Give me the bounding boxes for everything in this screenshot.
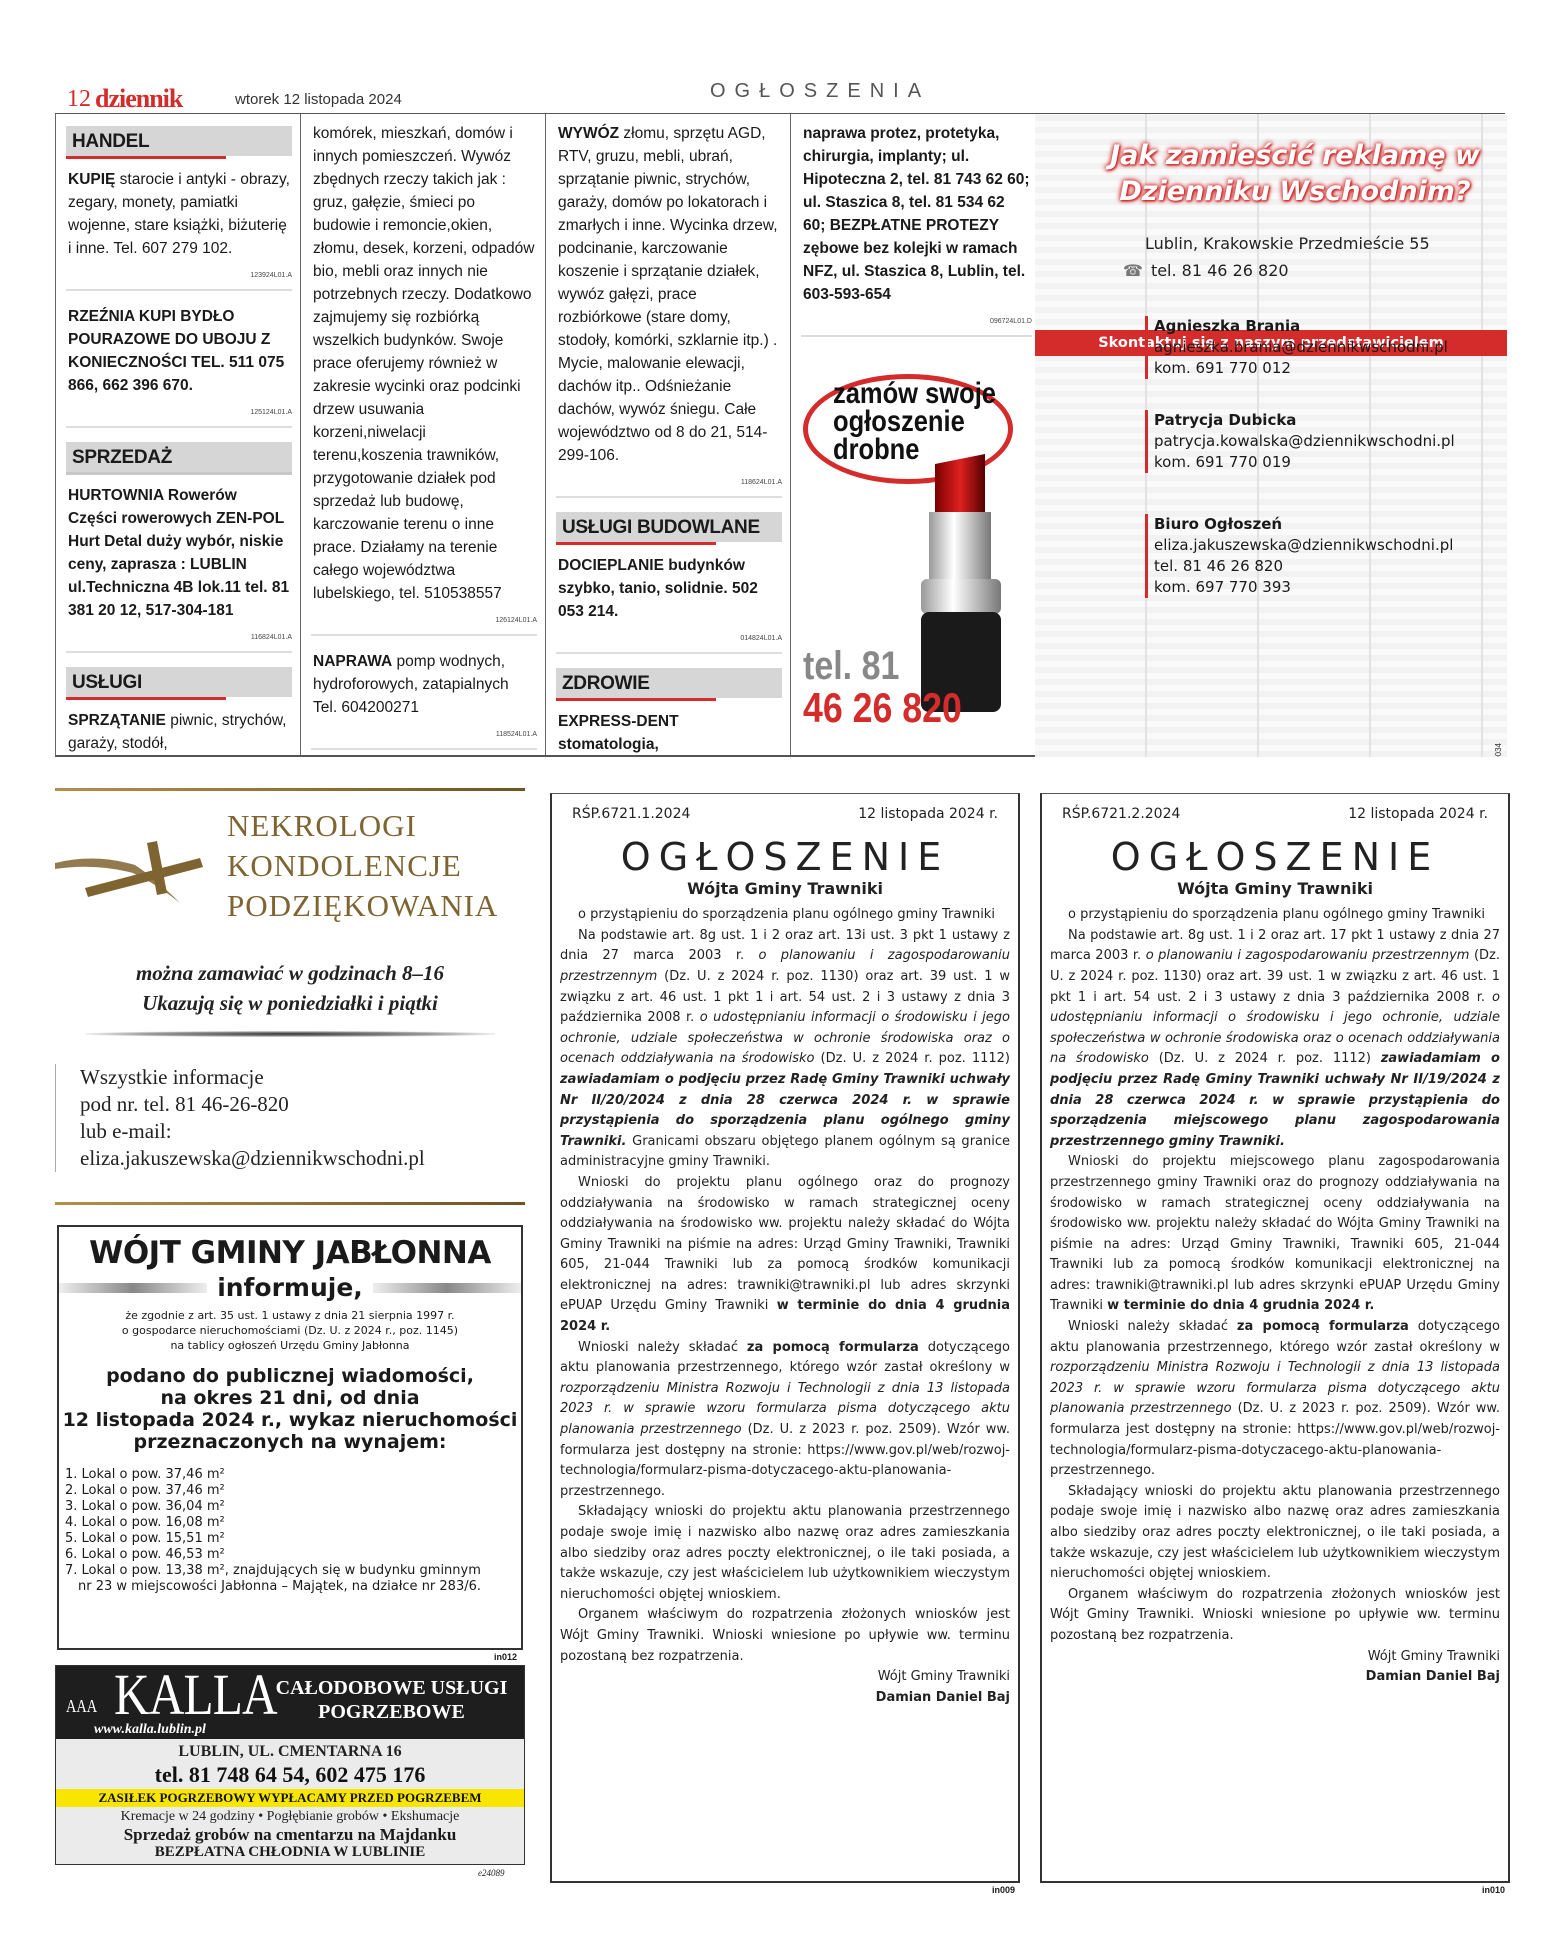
category-uslugi-budowlane: USŁUGI BUDOWLANE [556, 512, 782, 542]
announcement-date: 12 listopada 2024 r. [858, 804, 998, 825]
obituaries-box: NEKROLOGI KONDOLENCJE PODZIĘKOWANIA możn… [55, 788, 525, 1208]
ad-code: 014824L01.A [556, 627, 782, 654]
ad-code: in012 [494, 1652, 517, 1662]
contact-name: Patrycja Dubicka [1154, 410, 1455, 431]
page-number: 12 [67, 86, 91, 113]
reference-number: RŚP.6721.2.2024 [1062, 804, 1180, 825]
contact-person-2: Patrycja Dubicka patrycja.kowalska@dzien… [1145, 410, 1455, 473]
contact-email[interactable]: eliza.jakuszewska@dziennikwschodni.pl [1154, 535, 1453, 556]
classifieds-section: HANDEL KUPIĘ starocie i antyki - obrazy,… [55, 114, 1065, 757]
contact-name: Biuro Ogłoszeń [1154, 514, 1453, 535]
category-handel: HANDEL [66, 126, 292, 156]
category-uslugi: USŁUGI [66, 667, 292, 697]
divider [55, 788, 525, 791]
ad-code: 118624L01.A [556, 471, 782, 498]
newspaper-logo: dziennik [95, 84, 182, 114]
notice-announcement: podano do publicznej wiadomości, na okre… [59, 1365, 521, 1453]
paragraph: Wnioski należy składać za pomocą formula… [1050, 1317, 1500, 1482]
paragraph: Wnioski do projektu miejscowego planu za… [1050, 1152, 1500, 1317]
classified-ad: WYWÓZ złomu, sprzętu AGD, RTV, gruzu, me… [556, 122, 782, 467]
ad-text: złomu, sprzętu AGD, RTV, gruzu, mebli, u… [558, 125, 778, 464]
ad-lead: NAPRAWA [313, 653, 392, 670]
classified-ad-continued: naprawa protez, protetyka, chirurgia, im… [801, 122, 1032, 306]
heading-podziekowania: PODZIĘKOWANIA [227, 886, 498, 926]
obituaries-contact-info: Wszystkie informacje pod nr. tel. 81 46-… [55, 1064, 425, 1172]
heading-nekrologi: NEKROLOGI [227, 806, 498, 846]
ad-code: biO034 [1494, 743, 1503, 757]
paragraph: o przystąpieniu do sporządzenia planu og… [1050, 905, 1500, 926]
contact-email[interactable]: agnieszka.brania@dziennikwschodni.pl [1154, 337, 1448, 358]
obituaries-email[interactable]: eliza.jakuszewska@dziennikwschodni.pl [80, 1145, 425, 1172]
list-item: 6. Lokal o pow. 46,53 m² [65, 1547, 521, 1563]
contact-person-1: Agnieszka Brania agnieszka.brania@dzienn… [1145, 316, 1448, 379]
lipstick-icon [913, 454, 1013, 714]
kalla-cold-storage: BEZPŁATNA CHŁODNIA W LUBLINIE [56, 1844, 524, 1861]
ad-lead: WYWÓZ [558, 125, 619, 142]
classified-ad: HURTOWNIA Rowerów Części rowerowych ZEN-… [66, 484, 292, 622]
announcement-title: OGŁOSZENIE [560, 835, 1010, 879]
ad-code: e24089 [478, 1868, 505, 1878]
ad-code: 123924L01.A [66, 264, 292, 291]
divider [59, 1283, 207, 1293]
paragraph: Na podstawie art. 8g ust. 1 i 2 oraz art… [1050, 926, 1500, 1153]
announcement-subtitle: Wójta Gminy Trawniki [1050, 879, 1500, 900]
announcement-1: RŚP.6721.1.2024 12 listopada 2024 r. OGŁ… [550, 793, 1020, 1883]
signature-title: Wójt Gminy Trawniki [560, 1667, 1010, 1688]
contact-email[interactable]: patrycja.kowalska@dziennikwschodni.pl [1154, 431, 1455, 452]
ad-lead: SPRZĄTANIE [68, 712, 166, 729]
heading-kondolencje: KONDOLENCJE [227, 846, 498, 886]
kalla-sale: Sprzedaż grobów na cmentarzu na Majdanku [56, 1825, 524, 1844]
classified-ad: KUPIĘ starocie i antyki - obrazy, zegary… [66, 168, 292, 260]
ad-code: in009 [992, 1885, 1015, 1895]
paragraph: Organem właściwym do rozpatrzenia złożon… [560, 1605, 1010, 1667]
signature-title: Wójt Gminy Trawniki [1050, 1647, 1500, 1668]
issue-date: wtorek 12 listopada 2024 [235, 91, 402, 108]
contact-phone: kom. 691 770 012 [1154, 358, 1448, 379]
ad-code: 125124L01.A [66, 401, 292, 428]
ad-code: 118524L01.A [311, 723, 537, 750]
kalla-phone: tel. 81 748 64 54, 602 475 176 [56, 1762, 524, 1788]
list-item: 7. Lokal o pow. 13,38 m², znajdujących s… [65, 1563, 521, 1579]
category-zdrowie: ZDROWIE [556, 668, 782, 698]
paragraph: Wnioski należy składać za pomocą formula… [560, 1338, 1010, 1503]
list-item: 3. Lokal o pow. 36,04 m² [65, 1499, 521, 1515]
kalla-services-list: Kremacje w 24 godziny • Pogłębianie grob… [56, 1808, 524, 1825]
divider [55, 1202, 525, 1205]
promo-text: zamów swoje ogłoszenie drobne [833, 380, 1003, 464]
kalla-services: CAŁODOBOWE USŁUGI POGRZEBOWE [264, 1676, 519, 1724]
ordering-hours: można zamawiać w godzinach 8–16 Ukazują … [55, 958, 525, 1018]
contact-name: Agnieszka Brania [1154, 316, 1448, 337]
paragraph: Na podstawie art. 8g ust. 1 i 2 oraz art… [560, 926, 1010, 1173]
classifieds-column-4: naprawa protez, protetyka, chirurgia, im… [791, 114, 1041, 755]
contact-title: Jak zamieścić reklamę w Dzienniku Wschod… [1105, 138, 1485, 210]
section-title: OGŁOSZENIA [710, 80, 930, 103]
classified-ad: NAPRAWA pomp wodnych, hydroforowych, zat… [311, 650, 537, 719]
contact-phone: tel. 81 46 26 820 [1154, 556, 1453, 577]
category-sprzedaz: SPRZEDAŻ [66, 442, 292, 472]
kalla-prefix: AAA [66, 1696, 97, 1717]
cross-icon [55, 833, 215, 913]
contact-mobile: kom. 697 770 393 [1154, 577, 1453, 598]
ad-lead: KUPIĘ [68, 171, 115, 188]
signature-name: Damian Daniel Baj [1050, 1667, 1500, 1688]
paragraph: Organem właściwym do rozpatrzenia złożon… [1050, 1585, 1500, 1647]
contact-person-3: Biuro Ogłoszeń eliza.jakuszewska@dzienni… [1145, 514, 1453, 598]
notice-title: WÓJT GMINY JABŁONNA [59, 1235, 521, 1271]
list-item: nr 23 w miejscowości Jabłonna – Majątek,… [65, 1579, 521, 1595]
classifieds-column-3: WYWÓZ złomu, sprzętu AGD, RTV, gruzu, me… [546, 114, 791, 755]
phone-icon: ☎ [1123, 261, 1143, 280]
announcement-2: RŚP.6721.2.2024 12 listopada 2024 r. OGŁ… [1040, 793, 1510, 1883]
paragraph: Składający wnioski do projektu aktu plan… [1050, 1482, 1500, 1585]
list-item: 4. Lokal o pow. 16,08 m² [65, 1515, 521, 1531]
kalla-logo: KALLA [114, 1660, 277, 1730]
announcement-title: OGŁOSZENIE [1050, 835, 1500, 879]
ad-code: 096724L01.D [801, 310, 1032, 337]
ad-code: in010 [1482, 1885, 1505, 1895]
paragraph: Składający wnioski do projektu aktu plan… [560, 1502, 1010, 1605]
announcement-date: 12 listopada 2024 r. [1348, 804, 1488, 825]
promo-phone-number: 46 26 820 [803, 684, 962, 732]
contact-phone: kom. 691 770 019 [1154, 452, 1455, 473]
office-address: Lublin, Krakowskie Przedmieście 55 [1145, 234, 1430, 253]
signature-name: Damian Daniel Baj [560, 1688, 1010, 1709]
classified-ad: SPRZĄTANIE piwnic, strychów, garaży, sto… [66, 709, 292, 755]
divider [373, 1283, 521, 1293]
classified-ad: RZEŹNIA KUPI BYDŁO POURAZOWE DO UBOJU Z … [66, 305, 292, 397]
classified-ad: EXPRESS-DENT stomatologia, [556, 710, 782, 756]
paragraph: o przystąpieniu do sporządzenia planu og… [560, 905, 1010, 926]
office-phone: ☎tel. 81 46 26 820 [1123, 261, 1289, 280]
list-item: 1. Lokal o pow. 37,46 m² [65, 1467, 521, 1483]
promo-phone-prefix: tel. 81 [803, 644, 899, 689]
advertising-contact-box: Jak zamieścić reklamę w Dzienniku Wschod… [1035, 114, 1507, 757]
classifieds-column-1: HANDEL KUPIĘ starocie i antyki - obrazy,… [56, 114, 301, 755]
divider [85, 1031, 495, 1037]
paragraph: Wnioski do projektu planu ogólnego oraz … [560, 1173, 1010, 1338]
kalla-funeral-ad: AAA KALLA www.kalla.lublin.pl CAŁODOBOWE… [55, 1665, 525, 1865]
notice-legal-basis: że zgodnie z art. 35 ust. 1 ustawy z dni… [59, 1308, 521, 1353]
classified-ad: DOCIEPLANIE budynków szybko, tanio, soli… [556, 554, 782, 623]
kalla-address: LUBLIN, UL. CMENTARNA 16 [56, 1742, 524, 1762]
notice-subtitle: informuje, [217, 1273, 363, 1302]
property-list: 1. Lokal o pow. 37,46 m² 2. Lokal o pow.… [65, 1467, 521, 1595]
ad-code: 116824L01.A [66, 626, 292, 653]
page-header: 12 dziennik wtorek 12 listopada 2024 OGŁ… [55, 86, 1505, 114]
classifieds-column-2: komórek, mieszkań, domów i innych pomies… [301, 114, 546, 755]
wojt-jablonna-notice: WÓJT GMINY JABŁONNA informuje, że zgodni… [57, 1225, 523, 1650]
list-item: 2. Lokal o pow. 37,46 m² [65, 1483, 521, 1499]
announcement-subtitle: Wójta Gminy Trawniki [560, 879, 1010, 900]
classified-ad-continued: komórek, mieszkań, domów i innych pomies… [311, 122, 537, 605]
reference-number: RŚP.6721.1.2024 [572, 804, 690, 825]
kalla-website[interactable]: www.kalla.lublin.pl [94, 1722, 206, 1738]
ad-code: 126124L01.A [311, 609, 537, 636]
obituaries-headings: NEKROLOGI KONDOLENCJE PODZIĘKOWANIA [227, 806, 498, 926]
kalla-highlight: ZASIŁEK POGRZEBOWY WYPŁACAMY PRZED POGRZ… [56, 1789, 524, 1807]
list-item: 5. Lokal o pow. 15,51 m² [65, 1531, 521, 1547]
